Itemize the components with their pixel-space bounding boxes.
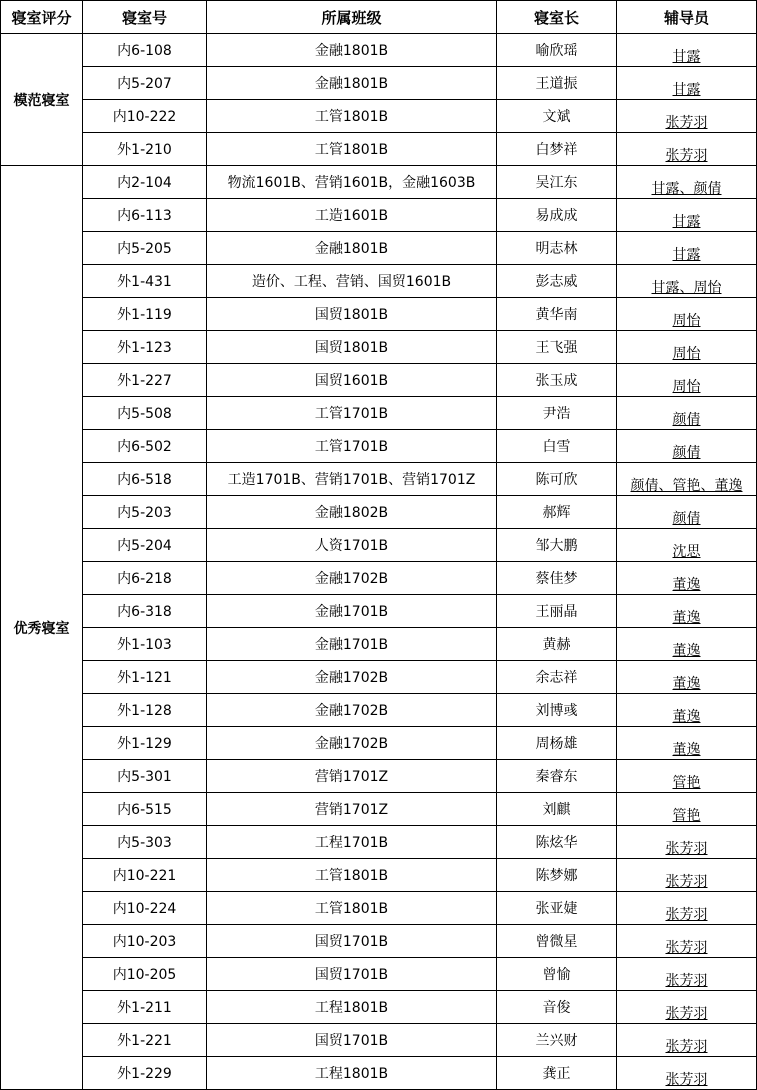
room-number-cell: 外1-121 [83, 661, 207, 694]
advisor-name: 张芳羽 [666, 838, 708, 858]
advisor-name: 甘露、周怡 [652, 277, 722, 297]
advisor-name: 张芳羽 [666, 1003, 708, 1023]
class-cell: 金融1702B [207, 562, 497, 595]
dorm-leader-cell: 白梦祥 [497, 133, 617, 166]
table-row: 模范寝室内6-108金融1801B喻欣瑶甘露 [1, 34, 757, 67]
room-number-cell: 内6-113 [83, 199, 207, 232]
room-number-cell: 外1-229 [83, 1057, 207, 1090]
header-leader: 寝室长 [497, 1, 617, 34]
dorm-leader-cell: 白雪 [497, 430, 617, 463]
advisor-cell: 周怡 [617, 331, 757, 364]
dormitory-rating-table: 寝室评分 寝室号 所属班级 寝室长 辅导员 模范寝室内6-108金融1801B喻… [0, 0, 757, 1090]
advisor-cell: 周怡 [617, 364, 757, 397]
advisor-cell: 董逸 [617, 661, 757, 694]
advisor-name: 颜倩 [673, 508, 701, 528]
class-cell: 国贸1701B [207, 1024, 497, 1057]
dorm-leader-cell: 尹浩 [497, 397, 617, 430]
advisor-cell: 董逸 [617, 562, 757, 595]
dorm-leader-cell: 陈炫华 [497, 826, 617, 859]
class-cell: 工程1801B [207, 1057, 497, 1090]
class-cell: 国贸1701B [207, 925, 497, 958]
advisor-cell: 张芳羽 [617, 133, 757, 166]
room-number-cell: 内5-508 [83, 397, 207, 430]
advisor-name: 颜倩 [673, 442, 701, 462]
table-body: 模范寝室内6-108金融1801B喻欣瑶甘露内5-207金融1801B王道振甘露… [1, 34, 757, 1090]
room-number-cell: 外1-221 [83, 1024, 207, 1057]
advisor-cell: 董逸 [617, 628, 757, 661]
room-number-cell: 内10-221 [83, 859, 207, 892]
dorm-leader-cell: 文斌 [497, 100, 617, 133]
class-cell: 物流1601B、营销1601B，金融1603B [207, 166, 497, 199]
table-row: 内5-203金融1802B郝辉颜倩 [1, 496, 757, 529]
class-cell: 国贸1701B [207, 958, 497, 991]
advisor-cell: 管艳 [617, 793, 757, 826]
table-row: 优秀寝室内2-104物流1601B、营销1601B，金融1603B吴江东甘露、颜… [1, 166, 757, 199]
room-number-cell: 内10-205 [83, 958, 207, 991]
table-row: 内6-318金融1701B王丽晶董逸 [1, 595, 757, 628]
table-row: 外1-119国贸1801B黄华南周怡 [1, 298, 757, 331]
class-cell: 工管1801B [207, 892, 497, 925]
room-number-cell: 外1-128 [83, 694, 207, 727]
dorm-leader-cell: 王飞强 [497, 331, 617, 364]
table-row: 内5-303工程1701B陈炫华张芳羽 [1, 826, 757, 859]
advisor-name: 张芳羽 [666, 904, 708, 924]
table-row: 外1-123国贸1801B王飞强周怡 [1, 331, 757, 364]
advisor-cell: 张芳羽 [617, 991, 757, 1024]
advisor-name: 董逸 [673, 640, 701, 660]
class-cell: 营销1701Z [207, 760, 497, 793]
class-cell: 金融1701B [207, 595, 497, 628]
room-number-cell: 外1-103 [83, 628, 207, 661]
class-cell: 金融1702B [207, 694, 497, 727]
room-number-cell: 内5-204 [83, 529, 207, 562]
class-cell: 工造1601B [207, 199, 497, 232]
room-number-cell: 外1-431 [83, 265, 207, 298]
advisor-name: 甘露 [673, 211, 701, 231]
room-number-cell: 内5-203 [83, 496, 207, 529]
dorm-leader-cell: 张玉成 [497, 364, 617, 397]
header-room: 寝室号 [83, 1, 207, 34]
class-cell: 人资1701B [207, 529, 497, 562]
advisor-cell: 甘露 [617, 232, 757, 265]
advisor-cell: 周怡 [617, 298, 757, 331]
room-number-cell: 内6-318 [83, 595, 207, 628]
advisor-cell: 张芳羽 [617, 859, 757, 892]
room-number-cell: 外1-227 [83, 364, 207, 397]
class-cell: 营销1701Z [207, 793, 497, 826]
advisor-cell: 张芳羽 [617, 826, 757, 859]
dorm-leader-cell: 郝辉 [497, 496, 617, 529]
dorm-leader-cell: 喻欣瑶 [497, 34, 617, 67]
advisor-cell: 甘露、颜倩 [617, 166, 757, 199]
table-row: 外1-121金融1702B余志祥董逸 [1, 661, 757, 694]
advisor-name: 周怡 [673, 310, 701, 330]
table-row: 内5-204人资1701B邹大鹏沈思 [1, 529, 757, 562]
table-row: 外1-129金融1702B周杨雄董逸 [1, 727, 757, 760]
advisor-cell: 颜倩 [617, 397, 757, 430]
table-row: 外1-211工程1801B音俊张芳羽 [1, 991, 757, 1024]
room-number-cell: 内5-303 [83, 826, 207, 859]
advisor-name: 沈思 [673, 541, 701, 561]
advisor-cell: 董逸 [617, 727, 757, 760]
table-row: 内10-222工管1801B文斌张芳羽 [1, 100, 757, 133]
table-row: 外1-210工管1801B白梦祥张芳羽 [1, 133, 757, 166]
table-row: 内6-113工造1601B易成成甘露 [1, 199, 757, 232]
advisor-cell: 甘露 [617, 34, 757, 67]
advisor-name: 张芳羽 [666, 145, 708, 165]
header-class: 所属班级 [207, 1, 497, 34]
room-number-cell: 内5-207 [83, 67, 207, 100]
advisor-name: 张芳羽 [666, 871, 708, 891]
advisor-name: 董逸 [673, 706, 701, 726]
advisor-name: 董逸 [673, 607, 701, 627]
table-row: 内5-207金融1801B王道振甘露 [1, 67, 757, 100]
table-row: 内10-205国贸1701B曾愉张芳羽 [1, 958, 757, 991]
dorm-leader-cell: 周杨雄 [497, 727, 617, 760]
class-cell: 金融1801B [207, 34, 497, 67]
room-number-cell: 外1-119 [83, 298, 207, 331]
class-cell: 工管1801B [207, 133, 497, 166]
advisor-cell: 甘露 [617, 199, 757, 232]
advisor-cell: 张芳羽 [617, 100, 757, 133]
room-number-cell: 外1-123 [83, 331, 207, 364]
advisor-cell: 董逸 [617, 694, 757, 727]
advisor-name: 甘露、颜倩 [652, 178, 722, 198]
table-row: 外1-431造价、工程、营销、国贸1601B彭志威甘露、周怡 [1, 265, 757, 298]
dorm-leader-cell: 黄华南 [497, 298, 617, 331]
rating-category-cell: 优秀寝室 [1, 166, 83, 1090]
room-number-cell: 内10-224 [83, 892, 207, 925]
dorm-leader-cell: 曾微星 [497, 925, 617, 958]
class-cell: 工管1801B [207, 859, 497, 892]
advisor-cell: 沈思 [617, 529, 757, 562]
dorm-leader-cell: 兰兴财 [497, 1024, 617, 1057]
dorm-leader-cell: 邹大鹏 [497, 529, 617, 562]
class-cell: 金融1801B [207, 232, 497, 265]
dorm-leader-cell: 蔡佳梦 [497, 562, 617, 595]
class-cell: 国贸1801B [207, 331, 497, 364]
advisor-name: 周怡 [673, 343, 701, 363]
table-row: 内10-203国贸1701B曾微星张芳羽 [1, 925, 757, 958]
advisor-cell: 甘露 [617, 67, 757, 100]
room-number-cell: 外1-129 [83, 727, 207, 760]
room-number-cell: 内6-518 [83, 463, 207, 496]
advisor-name: 甘露 [673, 79, 701, 99]
table-row: 内5-301营销1701Z秦睿东管艳 [1, 760, 757, 793]
dorm-leader-cell: 王丽晶 [497, 595, 617, 628]
class-cell: 工程1701B [207, 826, 497, 859]
advisor-cell: 甘露、周怡 [617, 265, 757, 298]
table-row: 内6-515营销1701Z刘麒管艳 [1, 793, 757, 826]
dorm-leader-cell: 龚正 [497, 1057, 617, 1090]
dorm-leader-cell: 明志林 [497, 232, 617, 265]
dorm-leader-cell: 音俊 [497, 991, 617, 1024]
dorm-leader-cell: 刘麒 [497, 793, 617, 826]
class-cell: 金融1802B [207, 496, 497, 529]
advisor-cell: 张芳羽 [617, 958, 757, 991]
room-number-cell: 内5-301 [83, 760, 207, 793]
room-number-cell: 内10-203 [83, 925, 207, 958]
advisor-name: 周怡 [673, 376, 701, 396]
dorm-leader-cell: 彭志威 [497, 265, 617, 298]
room-number-cell: 内6-218 [83, 562, 207, 595]
table-row: 内10-221工管1801B陈梦娜张芳羽 [1, 859, 757, 892]
class-cell: 金融1702B [207, 727, 497, 760]
advisor-name: 颜倩 [673, 409, 701, 429]
advisor-name: 张芳羽 [666, 937, 708, 957]
advisor-name: 张芳羽 [666, 1036, 708, 1056]
header-rating: 寝室评分 [1, 1, 83, 34]
advisor-cell: 张芳羽 [617, 1057, 757, 1090]
advisor-cell: 颜倩、管艳、董逸 [617, 463, 757, 496]
advisor-name: 张芳羽 [666, 970, 708, 990]
room-number-cell: 内6-515 [83, 793, 207, 826]
table-row: 内5-508工管1701B尹浩颜倩 [1, 397, 757, 430]
advisor-cell: 董逸 [617, 595, 757, 628]
advisor-cell: 张芳羽 [617, 1024, 757, 1057]
room-number-cell: 内6-108 [83, 34, 207, 67]
advisor-cell: 颜倩 [617, 430, 757, 463]
dorm-leader-cell: 陈梦娜 [497, 859, 617, 892]
table-row: 外1-103金融1701B黄赫董逸 [1, 628, 757, 661]
room-number-cell: 内2-104 [83, 166, 207, 199]
advisor-name: 董逸 [673, 673, 701, 693]
class-cell: 工程1801B [207, 991, 497, 1024]
class-cell: 造价、工程、营销、国贸1601B [207, 265, 497, 298]
dorm-leader-cell: 刘博彧 [497, 694, 617, 727]
advisor-name: 张芳羽 [666, 1069, 708, 1089]
dorm-leader-cell: 陈可欣 [497, 463, 617, 496]
class-cell: 工管1701B [207, 397, 497, 430]
table-row: 内6-518工造1701B、营销1701B、营销1701Z陈可欣颜倩、管艳、董逸 [1, 463, 757, 496]
class-cell: 工管1701B [207, 430, 497, 463]
table-row: 内6-218金融1702B蔡佳梦董逸 [1, 562, 757, 595]
advisor-name: 甘露 [673, 46, 701, 66]
advisor-name: 颜倩、管艳、董逸 [631, 475, 743, 495]
table-row: 内5-205金融1801B明志林甘露 [1, 232, 757, 265]
advisor-cell: 张芳羽 [617, 925, 757, 958]
advisor-name: 董逸 [673, 574, 701, 594]
class-cell: 金融1702B [207, 661, 497, 694]
dorm-leader-cell: 秦睿东 [497, 760, 617, 793]
dorm-leader-cell: 张亚婕 [497, 892, 617, 925]
advisor-cell: 管艳 [617, 760, 757, 793]
table-row: 外1-227国贸1601B张玉成周怡 [1, 364, 757, 397]
advisor-name: 张芳羽 [666, 112, 708, 132]
advisor-name: 管艳 [673, 805, 701, 825]
dorm-leader-cell: 余志祥 [497, 661, 617, 694]
table-row: 外1-128金融1702B刘博彧董逸 [1, 694, 757, 727]
advisor-name: 董逸 [673, 739, 701, 759]
room-number-cell: 外1-211 [83, 991, 207, 1024]
class-cell: 工造1701B、营销1701B、营销1701Z [207, 463, 497, 496]
dorm-leader-cell: 曾愉 [497, 958, 617, 991]
class-cell: 金融1801B [207, 67, 497, 100]
table-row: 外1-221国贸1701B兰兴财张芳羽 [1, 1024, 757, 1057]
header-row: 寝室评分 寝室号 所属班级 寝室长 辅导员 [1, 1, 757, 34]
class-cell: 国贸1601B [207, 364, 497, 397]
advisor-name: 管艳 [673, 772, 701, 792]
dorm-leader-cell: 黄赫 [497, 628, 617, 661]
class-cell: 国贸1801B [207, 298, 497, 331]
header-advisor: 辅导员 [617, 1, 757, 34]
advisor-cell: 颜倩 [617, 496, 757, 529]
dorm-leader-cell: 易成成 [497, 199, 617, 232]
advisor-cell: 张芳羽 [617, 892, 757, 925]
rating-category-cell: 模范寝室 [1, 34, 83, 166]
table-row: 内6-502工管1701B白雪颜倩 [1, 430, 757, 463]
table-row: 外1-229工程1801B龚正张芳羽 [1, 1057, 757, 1090]
room-number-cell: 内6-502 [83, 430, 207, 463]
dorm-leader-cell: 王道振 [497, 67, 617, 100]
class-cell: 金融1701B [207, 628, 497, 661]
class-cell: 工管1801B [207, 100, 497, 133]
room-number-cell: 外1-210 [83, 133, 207, 166]
dorm-leader-cell: 吴江东 [497, 166, 617, 199]
room-number-cell: 内10-222 [83, 100, 207, 133]
table-row: 内10-224工管1801B张亚婕张芳羽 [1, 892, 757, 925]
advisor-name: 甘露 [673, 244, 701, 264]
room-number-cell: 内5-205 [83, 232, 207, 265]
